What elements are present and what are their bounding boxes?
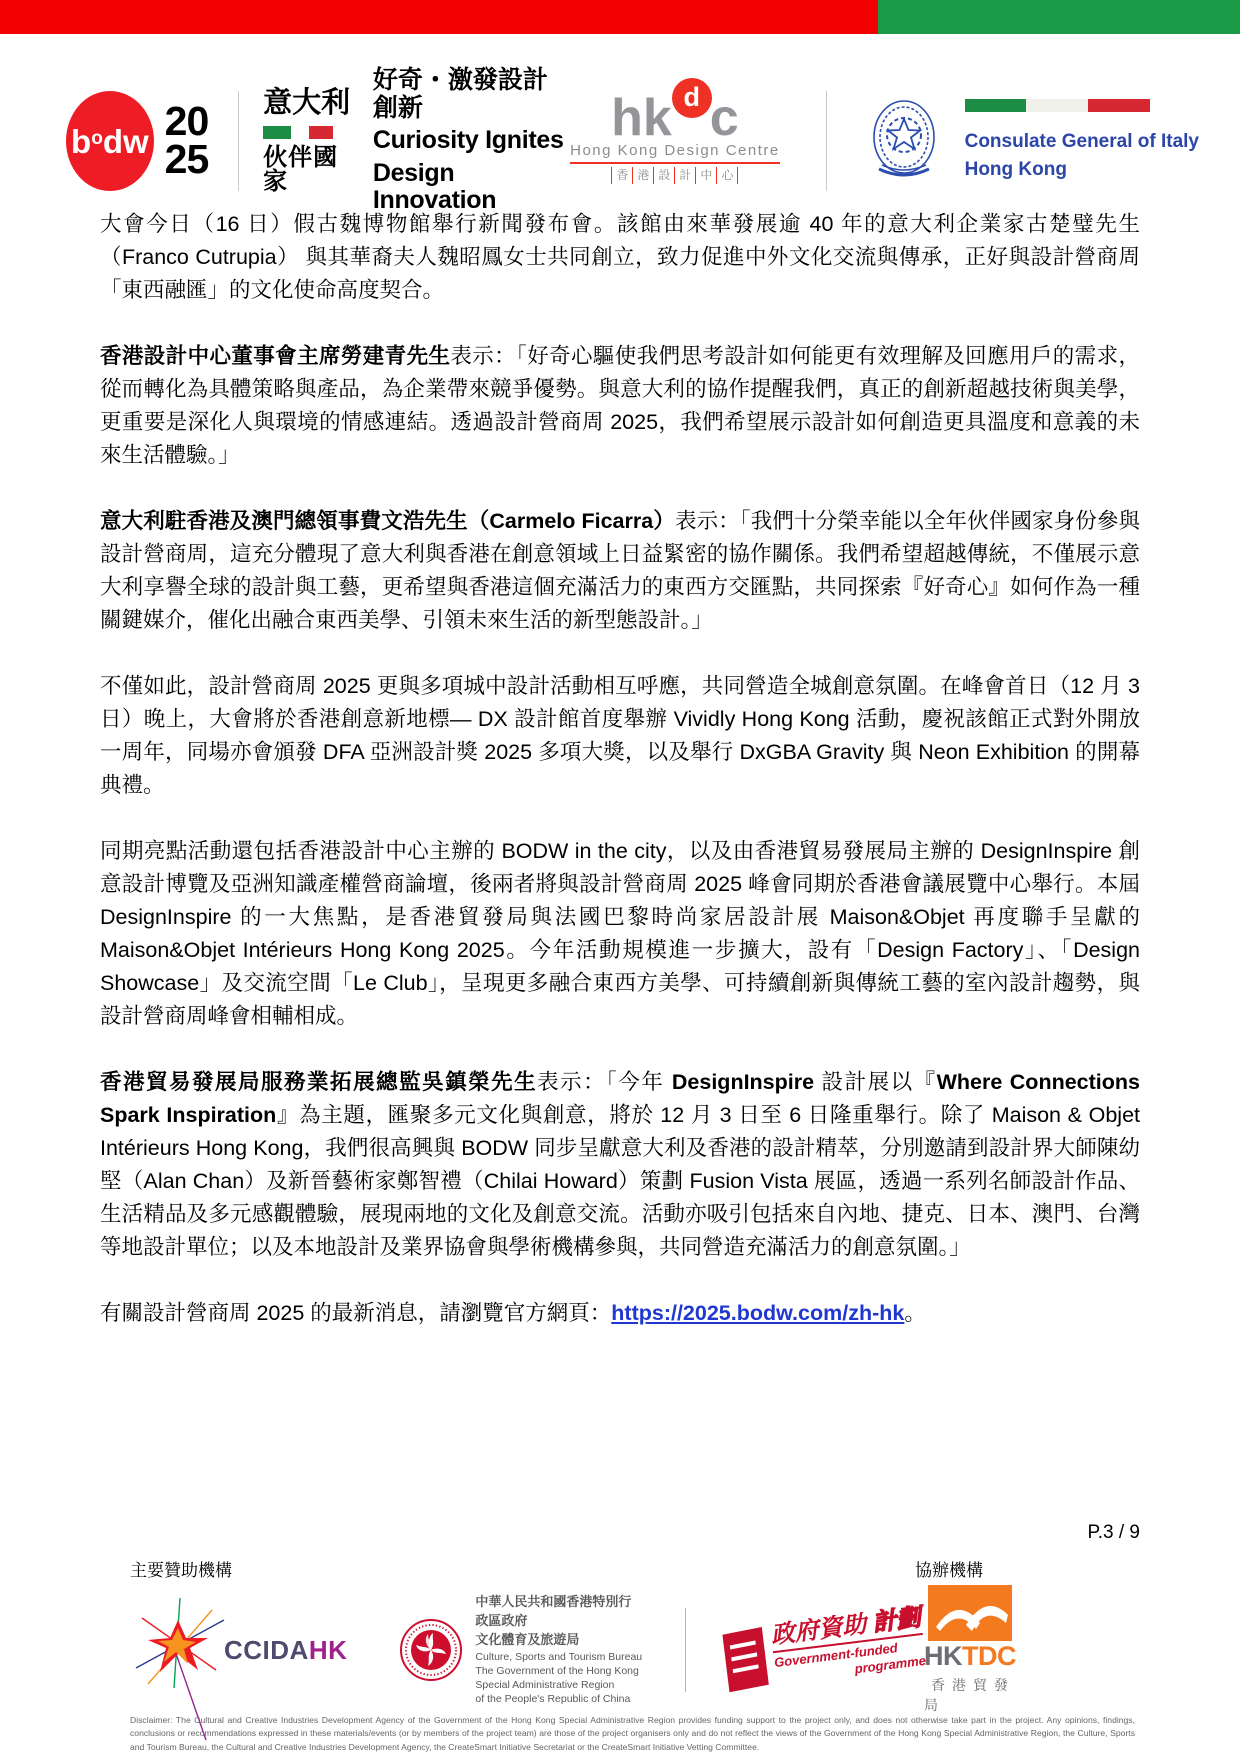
disclaimer-text: Disclaimer: The Cultural and Creative In… [130,1714,1135,1754]
hkdc-zh-char: 港 [633,167,654,185]
cstb-bureau-zh: 文化體育及旅遊局 [475,1631,642,1650]
partner-country-label: 伙伴國家 [263,146,351,194]
italy-flag-stripe-icon [965,99,1150,112]
paragraph: 意大利駐香港及澳門總領事費文浩先生（Carmelo Ficarra）表示：「我們… [100,505,1140,637]
hkdc-zh-char: 中 [696,167,717,185]
paragraph: 有關設計營商周 2025 的最新消息，請瀏覽官方網頁：https://2025.… [100,1297,1140,1330]
consulate-name-line1: Consulate General of Italy [965,128,1199,156]
cstb-gov-zh: 中華人民共和國香港特別行政區政府 [475,1593,642,1631]
hkdc-zh-char: 計 [675,167,696,185]
government-funded-logo: 政府資助 計劃 Government-fundedprogramme [722,1606,927,1693]
hktdc-wordmark: HKTDC [924,1643,1016,1670]
hkdc-d-icon: d [672,78,712,118]
co-organiser-label: 協辦機構 [915,1556,983,1581]
body-text: 不僅如此，設計營商周 2025 更與多項城中設計活動相互呼應，共同營造全城創意氛… [100,674,1140,797]
body-text: 。 [904,1301,926,1325]
header-logo-row: bodw 20 25 意大利 伙伴國家 好奇・激發設計創新 Curiosity … [66,85,1199,197]
cstb-text-block: 中華人民共和國香港特別行政區政府 文化體育及旅遊局 Culture, Sport… [475,1593,642,1706]
hkdc-zh-char: 設 [654,167,675,185]
paragraph: 大會今日（16 日）假古魏博物館舉行新聞發布會。該館由來華發展逾 40 年的意大… [100,208,1140,307]
footer-divider [685,1608,686,1692]
hkdc-zh-char: 香 [611,167,633,185]
header-divider-2 [826,91,827,191]
partner-country-name: 意大利 [263,89,351,118]
hkdc-wordmark: hkdc [611,98,739,140]
paragraph: 不僅如此，設計營商周 2025 更與多項城中設計活動相互呼應，共同營造全城創意氛… [100,670,1140,802]
paragraph: 香港貿易發展局服務業拓展總監吳鎮榮先生表示：「今年 DesignInspire … [100,1066,1140,1264]
slogan-zh: 好奇・激發設計創新 [373,67,570,122]
page-number: P.3 / 9 [1088,1522,1140,1544]
bold-text: 香港設計中心董事會主席勞建青先生 [100,344,450,368]
hkdc-zh-boxes: 香港設計中心 [611,167,738,185]
hkdc-zh-char: 心 [717,167,738,185]
body-text: 同期亮點活動還包括香港設計中心主辦的 BODW in the city，以及由香… [100,839,1140,1028]
italy-emblem-icon [867,95,941,187]
slogan-en-line1: Curiosity Ignites [373,127,570,155]
consulate-text-block: Consulate General of Italy Hong Kong [965,99,1199,183]
body-text: 有關設計營商周 2025 的最新消息，請瀏覽官方網頁： [100,1301,611,1325]
cstb-gov-en-line2: of the People's Republic of China [475,1692,642,1706]
hkdc-logo: hkdc Hong Kong Design Centre 香港設計中心 [570,98,780,184]
theme-slogan-block: 好奇・激發設計創新 Curiosity Ignites Design Innov… [373,67,570,215]
ccida-wordmark: CCIDAHK [224,1635,347,1666]
top-bar-red-segment [0,0,878,34]
cstb-logo-block: 中華人民共和國香港特別行政區政府 文化體育及旅遊局 Culture, Sport… [399,1593,642,1706]
body-text: 大會今日（16 日）假古魏博物館舉行新聞發布會。該館由來華發展逾 40 年的意大… [100,212,1140,302]
bodw-logo-text: bodw [71,125,149,158]
consulate-logo: Consulate General of Italy Hong Kong [867,95,1199,187]
italy-flag-icon [263,126,351,139]
hktdc-logo: HKTDC 香港貿發局 [924,1585,1016,1715]
gov-building-icon [723,1627,769,1692]
bodw-year: 20 25 [165,103,209,178]
hktdc-mark-icon [928,1585,1012,1641]
partner-country-block: 意大利 伙伴國家 [263,89,351,194]
bold-text: 香港貿易發展局服務業拓展總監吳鎮榮先生 [100,1070,537,1094]
press-release-page: bodw 20 25 意大利 伙伴國家 好奇・激發設計創新 Curiosity … [0,0,1240,1755]
consulate-name-line2: Hong Kong [965,156,1199,184]
body-text: 表示：「今年 [537,1070,672,1094]
cstb-bureau-en: Culture, Sports and Tourism Bureau [475,1650,642,1664]
paragraph: 香港設計中心董事會主席勞建青先生表示：「好奇心驅使我們思考設計如何能更有效理解及… [100,340,1140,472]
press-release-body: 大會今日（16 日）假古魏博物館舉行新聞發布會。該館由來華發展逾 40 年的意大… [100,208,1140,1363]
body-text: 設計展以『 [814,1070,937,1094]
bodw-logo: bodw [66,91,154,191]
hktdc-name-zh: 香港貿發局 [924,1675,1016,1715]
top-bar-green-segment [878,0,1240,34]
paragraph: 同期亮點活動還包括香港設計中心主辦的 BODW in the city，以及由香… [100,835,1140,1033]
footer-logos-row: CCIDAHK 中華人民共和國香港特別行政區政府 文化體育及旅遊局 Cultur… [128,1598,1112,1702]
cstb-gov-en-line1: The Government of the Hong Kong Special … [475,1664,642,1692]
hkdc-name-en: Hong Kong Design Centre [570,142,780,164]
bold-text: 意大利駐香港及澳門總領事費文浩先生（Carmelo Ficarra） [100,509,675,533]
gov-funded-text: 政府資助 計劃 Government-fundedprogramme [770,1606,927,1687]
top-color-bar [0,0,1240,34]
header-divider-1 [238,91,239,191]
slogan-en-line2: Design Innovation [373,160,570,215]
official-website-link[interactable]: https://2025.bodw.com/zh-hk [611,1301,904,1325]
hksar-emblem-icon [399,1618,463,1682]
bold-text: DesignInspire [672,1070,814,1094]
